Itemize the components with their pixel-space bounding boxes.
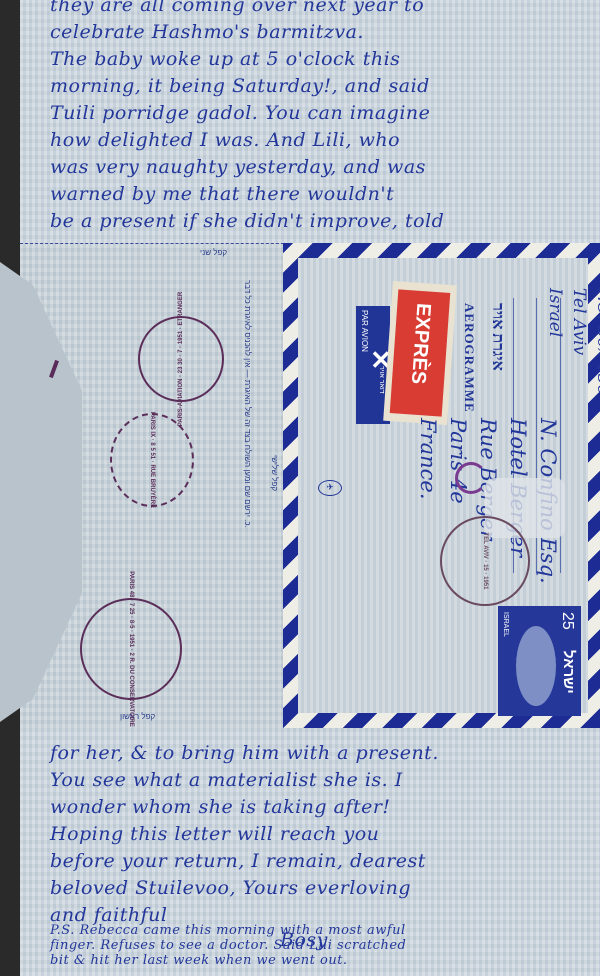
text-line: finger. Refuses to see a doctor. Said Li… — [50, 938, 590, 953]
text-line: bit & hit her last week when we went out… — [50, 953, 590, 968]
text-line: The baby woke up at 5 o'clock this — [50, 46, 590, 73]
postmark-israel: TEL AVIV · 15 · 1951 — [440, 516, 530, 606]
postmark-paris-aviation: PARIS-AVIATION · 23 30 · 7 · 1951 · ETRA… — [138, 316, 224, 402]
airline-logo-icon: ✈ — [318, 480, 342, 496]
printed-instructions: כ. ירשם שם ומען השולח בצד זה של האיגרת —… — [243, 280, 252, 528]
bird-cloud-image — [516, 626, 556, 706]
text-line: they are all coming over next year to — [50, 0, 590, 19]
purple-cachet — [455, 462, 487, 494]
express-sticker: EXPRÈS — [383, 281, 457, 425]
text-line: how delighted I was. And Lili, who — [50, 127, 590, 154]
text-line: warned by me that there wouldn't — [50, 181, 590, 208]
stamp-denomination: 25 — [558, 612, 576, 630]
text-line: be a present if she didn't improve, told — [50, 208, 590, 235]
text-line: Hoping this letter will reach you — [50, 821, 590, 848]
aerogramme-title: AEROGRAMME — [461, 303, 477, 413]
letter-bottom-panel: for her, & to bring him with a present. … — [20, 728, 600, 976]
text-line: was very naughty yesterday, and was — [50, 154, 590, 181]
text-line: beloved Stuilevoo, Yours everloving — [50, 875, 590, 902]
sender-address: P.O. Box 136 Tel Aviv Israel — [543, 288, 600, 395]
text-line: celebrate Hashmo's barmitzva. — [50, 19, 590, 46]
handwritten-text-top: they are all coming over next year to ce… — [50, 0, 590, 235]
text-line: Tuili porridge gadol. You can imagine — [50, 100, 590, 127]
postmark-paris-ix: PARIS IX · 8 5 51 · RUE BRUYÈRE — [110, 413, 194, 507]
text-line: for her, & to bring him with a present. — [50, 740, 590, 767]
text-line: before your return, I remain, dearest — [50, 848, 590, 875]
text-line: P.S. Rebecca came this morning with a mo… — [50, 923, 590, 938]
fold-label-first: קפל ראשון — [120, 712, 155, 721]
postmark-paris-48: PARIS 48 · 7 25 · 8-5 · 1951 · 2 R. DU C… — [80, 598, 182, 700]
text-line: morning, it being Saturday!, and said — [50, 73, 590, 100]
text-line: You see what a materialist she is. I — [50, 767, 590, 794]
letter-top-panel: they are all coming over next year to ce… — [20, 0, 600, 243]
fold-label-third: קפל שלישי — [270, 455, 279, 491]
postage-stamp: 25 ISRAEL ישראל — [498, 606, 581, 716]
fold-label-second: קפל שני — [200, 248, 227, 257]
aerogramme-title-hebrew: איגרת אויר — [488, 303, 506, 371]
postscript: P.S. Rebecca came this morning with a mo… — [50, 923, 590, 968]
express-text: EXPRÈS — [406, 302, 435, 385]
stamp-country-hebrew: ישראל — [560, 650, 577, 694]
text-line: wonder whom she is taking after! — [50, 794, 590, 821]
handwritten-text-bottom: for her, & to bring him with a present. … — [50, 740, 590, 951]
stamp-country: ISRAEL — [502, 612, 509, 637]
par-avion-hebrew: דואר אויר — [378, 366, 385, 394]
